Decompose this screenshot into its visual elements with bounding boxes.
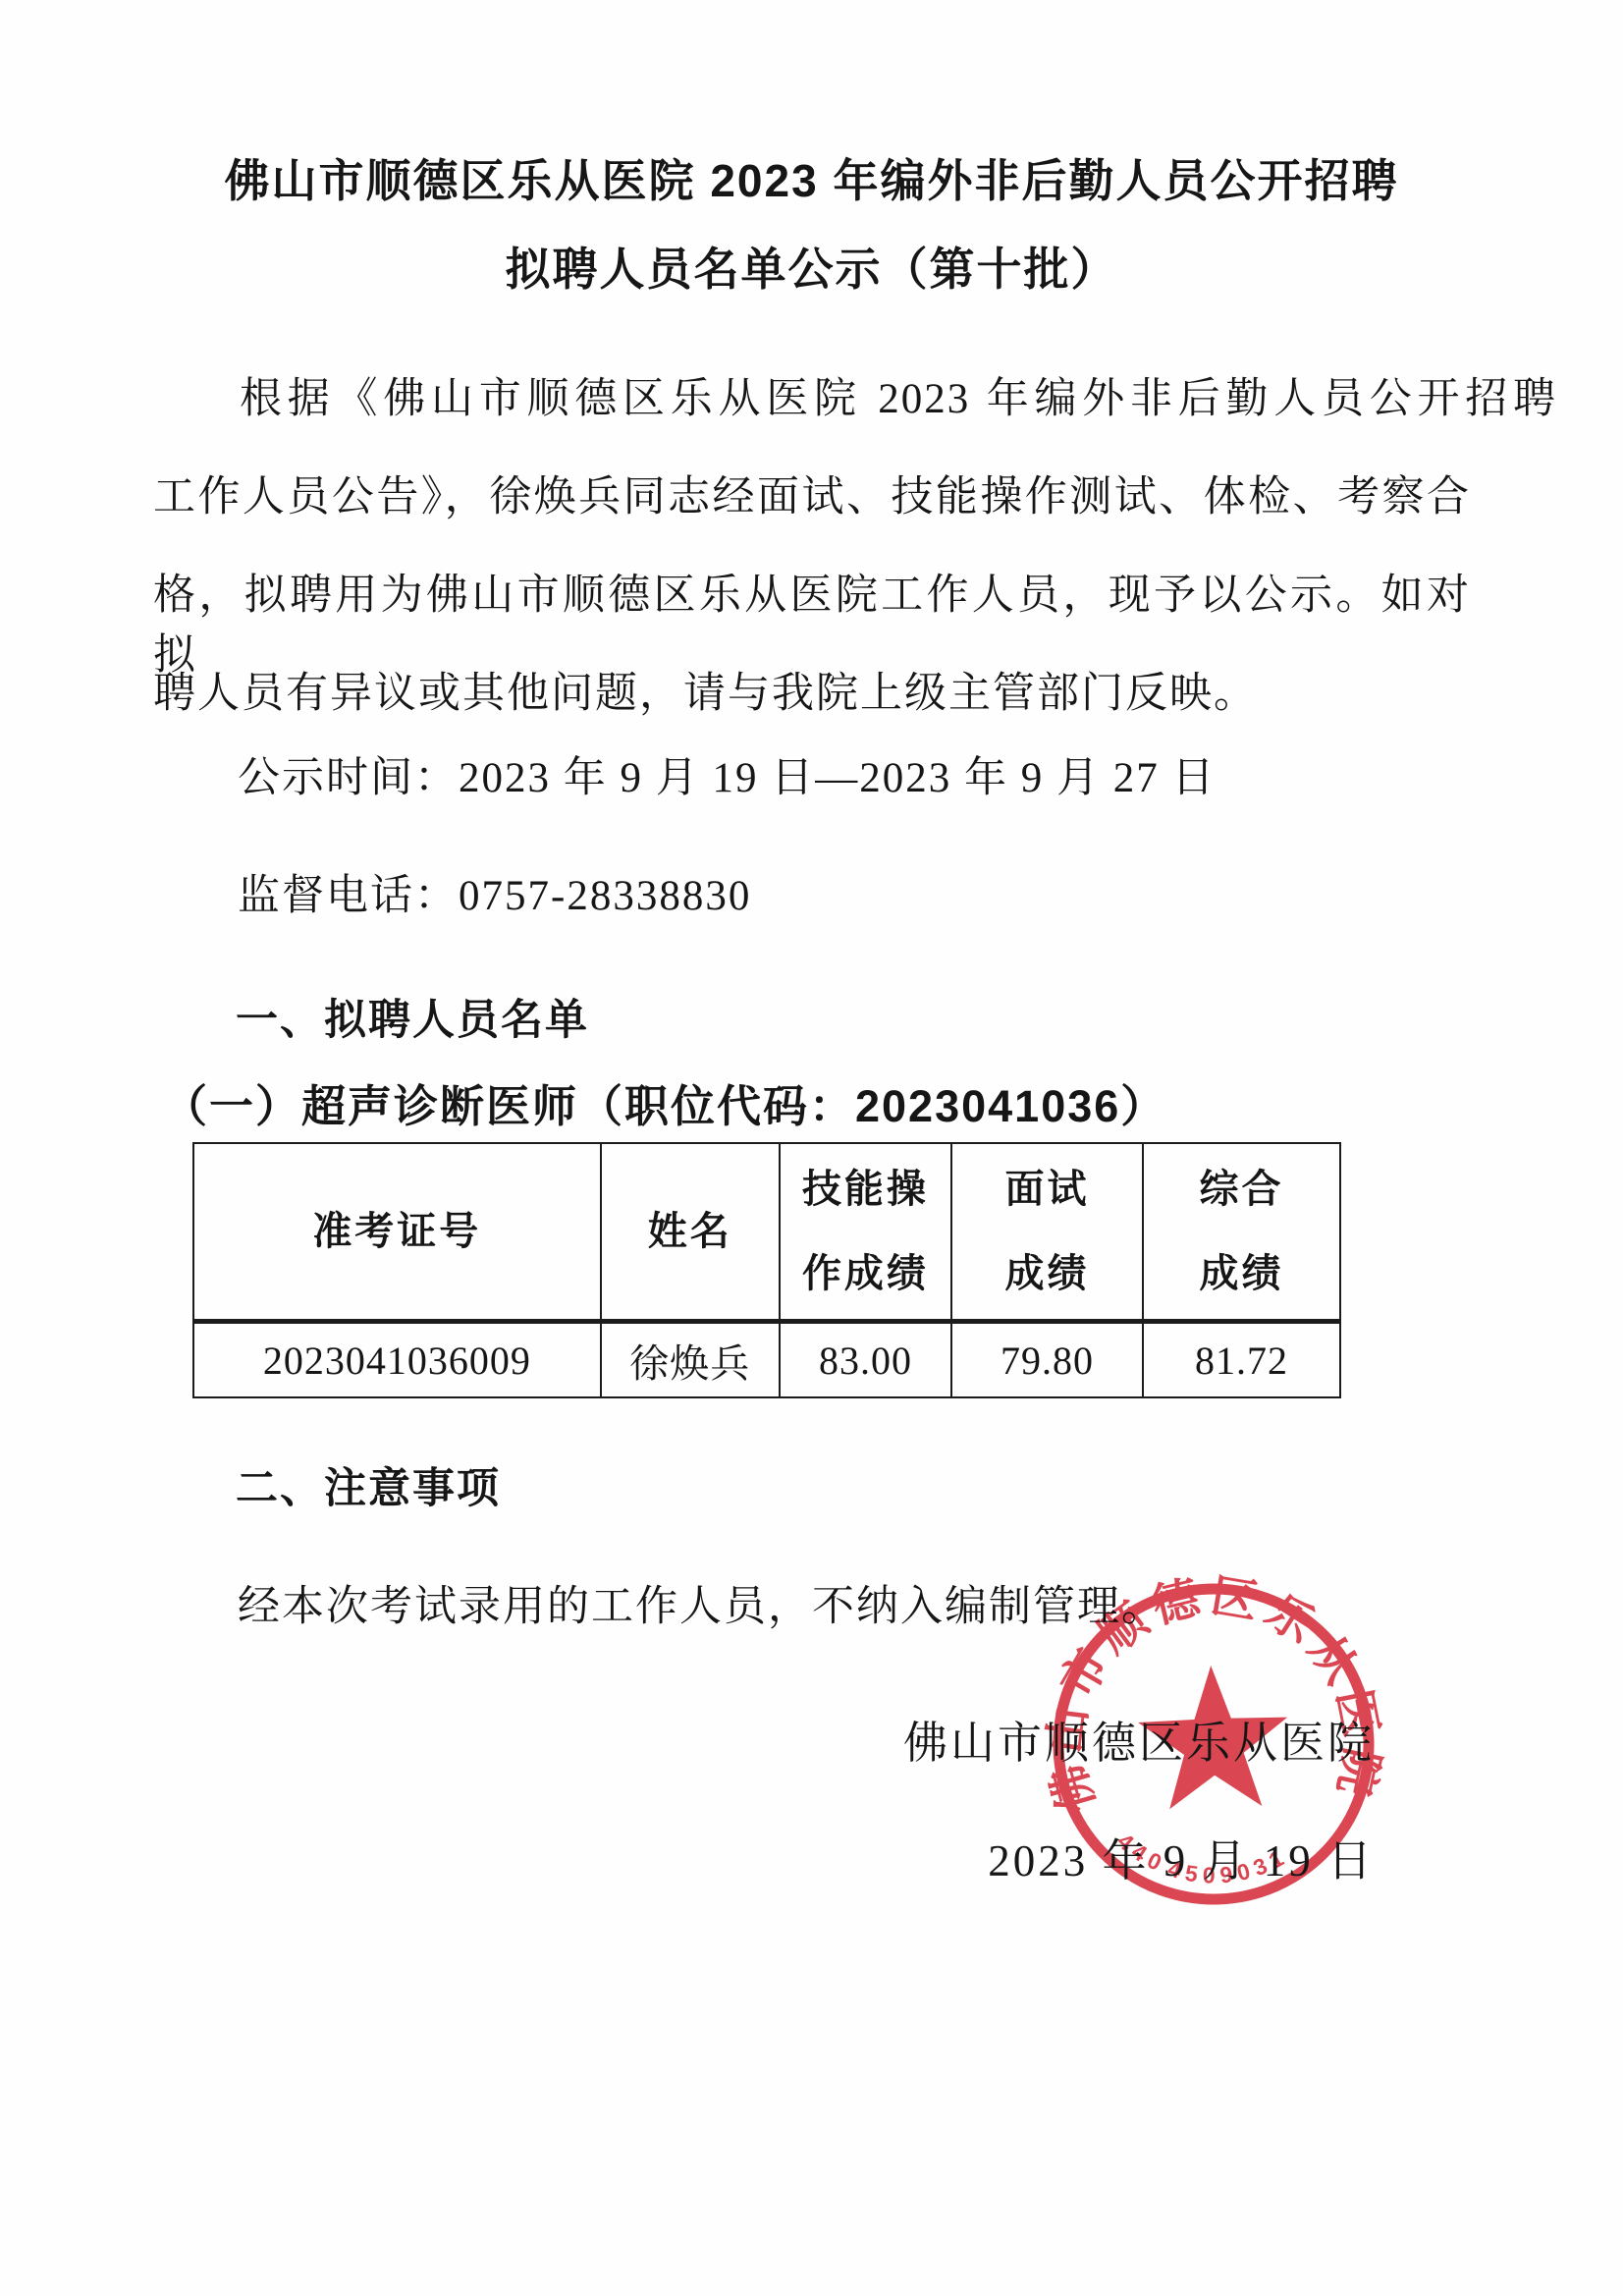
supervision-phone: 监督电话：0757-28338830 xyxy=(238,862,751,922)
cell-exam-number: 2023041036009 xyxy=(193,1322,601,1398)
score-table: 准考证号 姓名 技能操 作成绩 面试 成绩 综合 成绩 202304103600… xyxy=(192,1142,1341,1398)
header-overall-score: 综合 成绩 xyxy=(1143,1143,1340,1322)
header-name: 姓名 xyxy=(601,1143,780,1322)
section2-body: 经本次考试录用的工作人员，不纳入编制管理。 xyxy=(238,1573,1165,1633)
section2-heading: 二、注意事项 xyxy=(236,1455,501,1515)
cell-name: 徐焕兵 xyxy=(601,1322,780,1398)
header-exam-number: 准考证号 xyxy=(193,1143,601,1322)
score-table-header-row: 准考证号 姓名 技能操 作成绩 面试 成绩 综合 成绩 xyxy=(193,1143,1340,1322)
cell-skill-score: 83.00 xyxy=(780,1322,951,1398)
scanned-notice-page: 佛山市顺德区乐从医院 2023 年编外非后勤人员公开招聘 拟聘人员名单公示（第十… xyxy=(0,0,1623,2296)
document-title-line2: 拟聘人员名单公示（第十批） xyxy=(0,234,1623,299)
paragraph-line-4: 聘人员有异议或其他问题，请与我院上级主管部门反映。 xyxy=(153,660,1471,720)
signature-date: 2023 年 9 月 19 日 xyxy=(988,1825,1375,1888)
signature-org: 佛山市顺德区乐从医院 xyxy=(903,1707,1375,1771)
cell-interview-score: 79.80 xyxy=(951,1322,1143,1398)
publicity-period: 公示时间：2023 年 9 月 19 日—2023 年 9 月 27 日 xyxy=(238,744,1217,804)
score-table-data-row: 2023041036009 徐焕兵 83.00 79.80 81.72 xyxy=(193,1322,1340,1398)
cell-overall-score: 81.72 xyxy=(1143,1322,1340,1398)
document-title-line1: 佛山市顺德区乐从医院 2023 年编外非后勤人员公开招聘 xyxy=(0,145,1623,210)
header-skill-score: 技能操 作成绩 xyxy=(780,1143,951,1322)
header-interview-score: 面试 成绩 xyxy=(951,1143,1143,1322)
section1-subheading: （一）超声诊断医师（职位代码：2023041036） xyxy=(163,1070,1166,1134)
paragraph-line-2: 工作人员公告》，徐焕兵同志经面试、技能操作测试、体检、考察合 xyxy=(153,464,1471,523)
section1-heading: 一、拟聘人员名单 xyxy=(236,987,589,1047)
paragraph-line-1: 根据《佛山市顺德区乐从医院 2023 年编外非后勤人员公开招聘 xyxy=(153,365,1557,425)
